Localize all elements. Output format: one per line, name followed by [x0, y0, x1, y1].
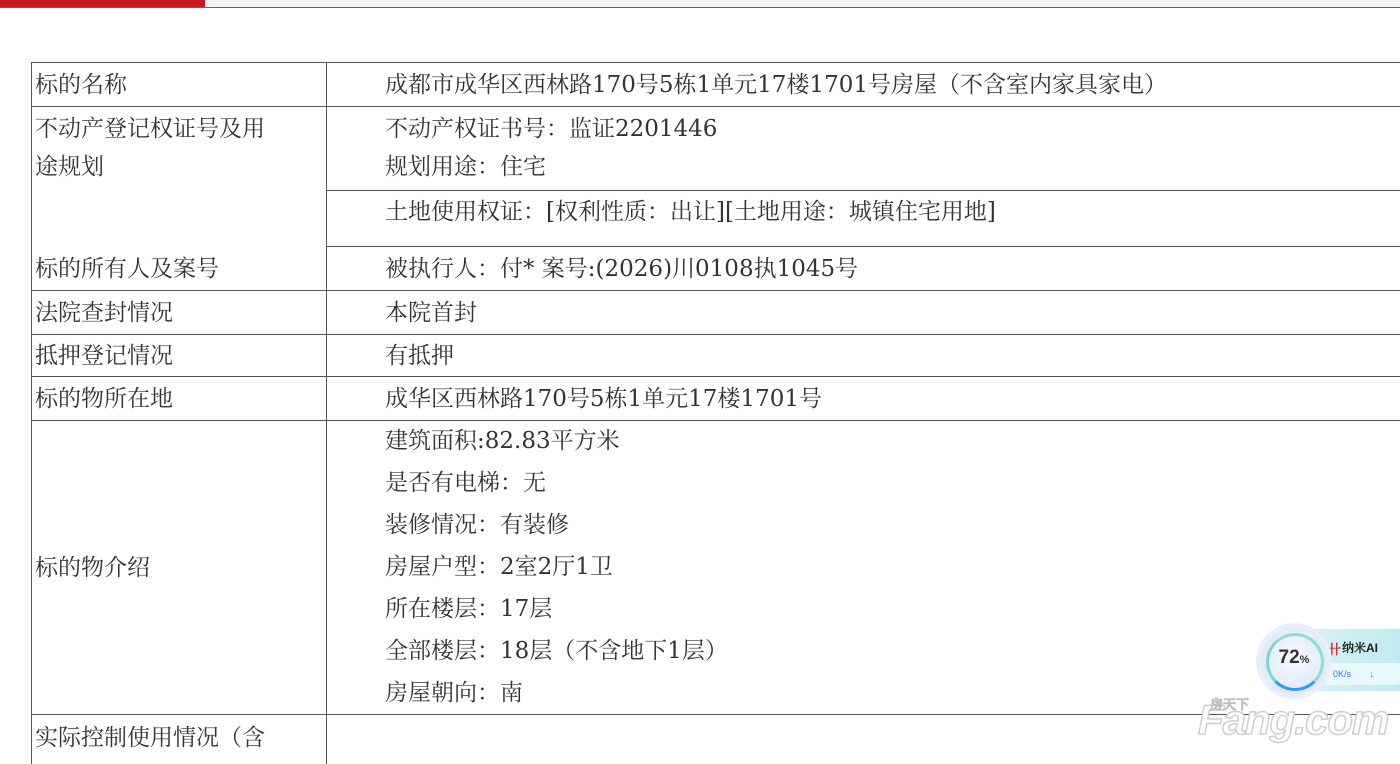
value-subject-name: 成都市成华区西林路170号5栋1单元17楼1701号房屋（不含室内家具家电） [385, 66, 1167, 104]
percent-value: 72 [1279, 647, 1300, 668]
value-land-use-right: 土地使用权证：[权利性质：出让][土地用途：城镇住宅用地] [385, 193, 996, 231]
value-seizure: 本院首封 [385, 294, 477, 332]
label-seizure: 法院查封情况 [35, 294, 173, 332]
value-decoration: 装修情况：有装修 [385, 506, 569, 544]
label-mortgage: 抵押登记情况 [35, 337, 173, 375]
label-certificate-line1: 不动产登记权证号及用 [35, 110, 265, 148]
value-elevator: 是否有电梯：无 [385, 464, 546, 502]
gauge-percent: 72% [1260, 647, 1328, 669]
label-certificate-line2: 途规划 [35, 148, 104, 186]
table-row-owner-case: 标的所有人及案号 被执行人：付* 案号:(2026)川0108执1045号 [31, 246, 1400, 290]
label-location: 标的物所在地 [35, 380, 173, 418]
label-owner-case: 标的所有人及案号 [35, 250, 219, 288]
top-bar-accent [0, 0, 205, 7]
table-row-property-intro: 标的物介绍 建筑面积:82.83平方米 是否有电梯：无 装修情况：有装修 房屋户… [31, 420, 1400, 715]
widget-brand: 纳米AI [1342, 639, 1378, 656]
value-certificate-number: 不动产权证书号：监证2201446 [385, 110, 717, 148]
value-location: 成华区西林路170号5栋1单元17楼1701号 [385, 380, 822, 418]
label-property-intro: 标的物介绍 [35, 549, 150, 587]
value-total-floors: 全部楼层：18层（不含地下1层） [385, 632, 728, 670]
memory-gauge[interactable]: 72% [1260, 627, 1328, 695]
sub-row-divider [326, 190, 1400, 191]
download-speed: ↓ [1370, 669, 1375, 679]
percent-sign: % [1300, 654, 1310, 666]
row-divider [326, 246, 1400, 247]
value-mortgage: 有抵押 [385, 337, 454, 375]
network-speed: ↑ 0K/s ↓ [1316, 663, 1400, 685]
label-actual-use: 实际控制使用情况（含 [35, 719, 265, 757]
value-planned-use: 规划用途：住宅 [385, 148, 546, 186]
value-layout: 房屋户型：2室2厅1卫 [385, 548, 613, 586]
table-row-seizure: 法院查封情况 本院首封 [31, 290, 1400, 335]
upload-speed: ↑ 0K/s [1326, 669, 1351, 679]
top-bar [0, 0, 1400, 8]
value-building-area: 建筑面积:82.83平方米 [385, 422, 620, 460]
floating-monitor-widget[interactable]: 卄 纳米AI ↑ 0K/s ↓ 72% [1260, 627, 1400, 699]
watermark-cn: 房天下 [1210, 694, 1249, 713]
fang-watermark: 房天下 Fang.com [1198, 696, 1388, 744]
nano-ai-logo-icon: 卄 [1328, 639, 1341, 658]
value-floor: 所在楼层：17层 [385, 590, 552, 628]
label-subject-name: 标的名称 [35, 66, 127, 104]
table-row-subject-name: 标的名称 成都市成华区西林路170号5栋1单元17楼1701号房屋（不含室内家具… [31, 62, 1400, 107]
table-row-mortgage: 抵押登记情况 有抵押 [31, 334, 1400, 377]
table-row-property-certificate: 不动产登记权证号及用 途规划 不动产权证书号：监证2201446 规划用途：住宅 [31, 106, 1400, 191]
value-orientation: 房屋朝向：南 [385, 674, 523, 712]
table-row-location: 标的物所在地 成华区西林路170号5栋1单元17楼1701号 [31, 376, 1400, 421]
value-owner-case: 被执行人：付* 案号:(2026)川0108执1045号 [385, 250, 858, 288]
table-row-actual-use: 实际控制使用情况（含 [31, 714, 1400, 764]
